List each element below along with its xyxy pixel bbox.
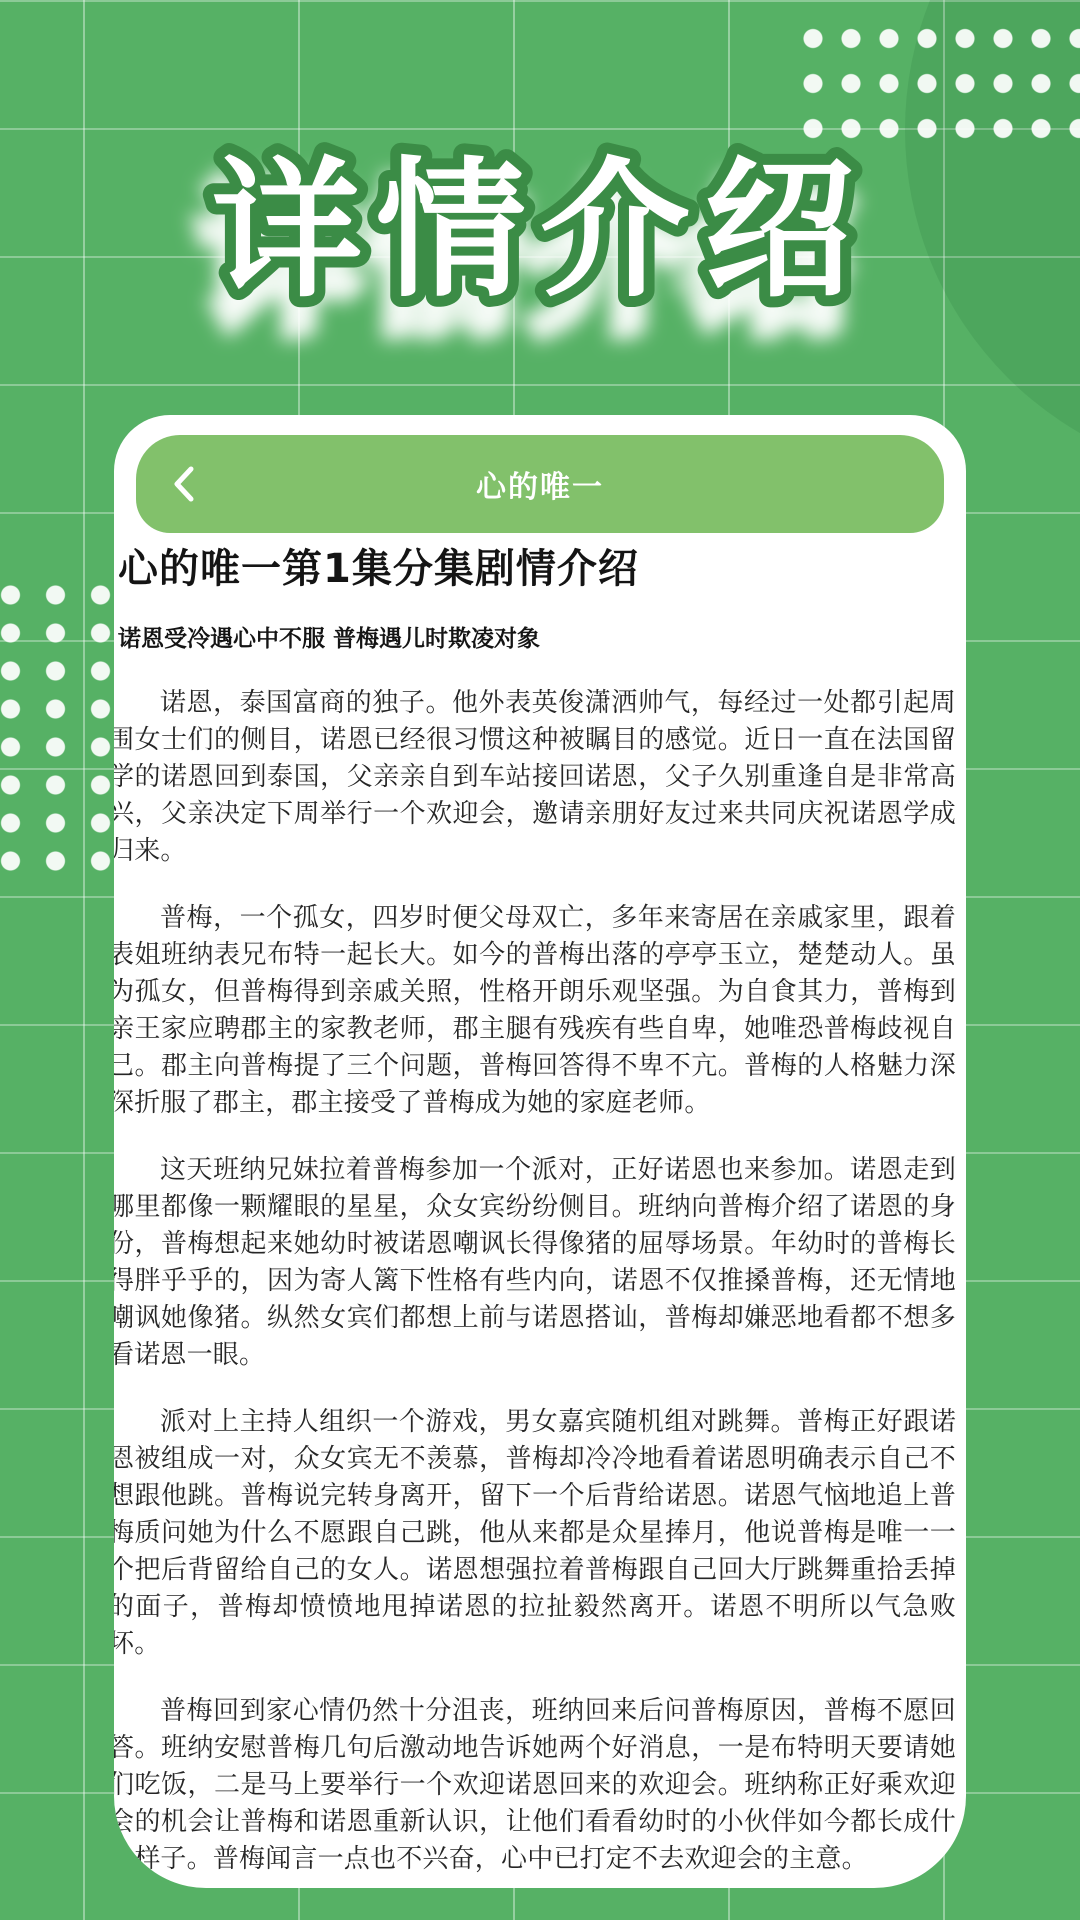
synopsis-paragraph: 普梅回到家心情仍然十分沮丧，班纳回来后问普梅原因，普梅不愿回答。班纳安慰普梅几句…	[114, 1693, 956, 1878]
chevron-left-icon	[172, 464, 196, 504]
episode-content: 心的唯一第1集分集剧情介绍 诺恩受冷遇心中不服 普梅遇儿时欺凌对象 诺恩，泰国富…	[114, 545, 956, 1878]
episode-heading: 心的唯一第1集分集剧情介绍	[118, 545, 956, 593]
detail-card: 心的唯一 心的唯一第1集分集剧情介绍 诺恩受冷遇心中不服 普梅遇儿时欺凌对象 诺…	[114, 415, 966, 1888]
drama-title: 心的唯一	[476, 462, 604, 506]
page-title-text: 详情介绍	[212, 144, 868, 318]
episode-subtitle: 诺恩受冷遇心中不服 普梅遇儿时欺凌对象	[118, 623, 956, 655]
card-header: 心的唯一	[136, 435, 944, 533]
synopsis-paragraph: 派对上主持人组织一个游戏，男女嘉宾随机组对跳舞。普梅正好跟诺恩被组成一对，众女宾…	[114, 1404, 956, 1663]
app-screen: { "hero": { "title": "详情介绍" }, "card": {…	[0, 0, 1080, 1920]
synopsis-paragraph: 普梅，一个孤女，四岁时便父母双亡，多年来寄居在亲戚家里，跟着表姐班纳表兄布特一起…	[114, 900, 956, 1122]
synopsis-paragraph: 诺恩，泰国富商的独子。他外表英俊潇洒帅气，每经过一处都引起周围女士们的侧目，诺恩…	[114, 685, 956, 870]
back-button[interactable]	[152, 435, 216, 533]
dots-pattern-left	[0, 576, 112, 882]
synopsis-paragraph: 这天班纳兄妹拉着普梅参加一个派对，正好诺恩也来参加。诺恩走到哪里都像一颗耀眼的星…	[114, 1152, 956, 1374]
page-title: 详情介绍 详情介绍	[0, 110, 1080, 370]
